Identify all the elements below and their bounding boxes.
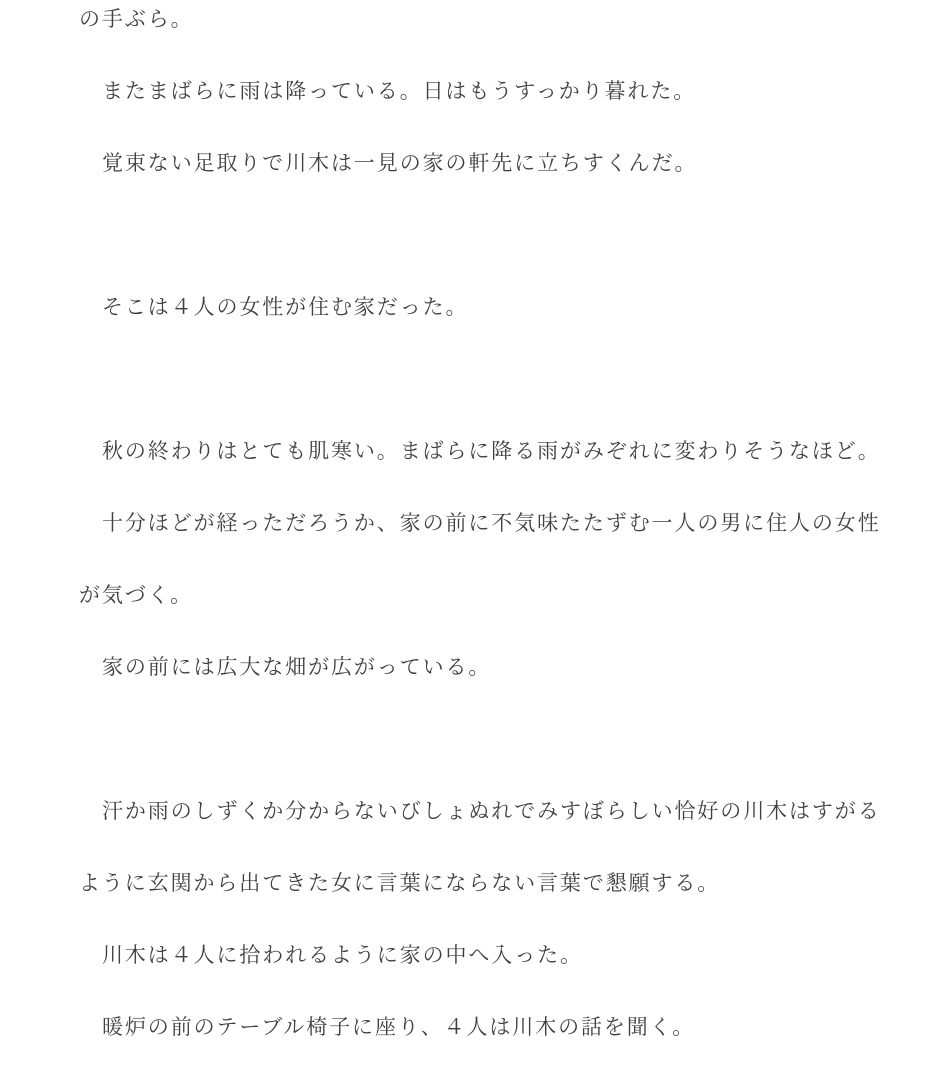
- text-line: またまばらに雨は降っている。日はもうすっかり暮れた。: [79, 54, 909, 126]
- text-line: の手ぶら。: [79, 0, 909, 54]
- blank-line: [79, 702, 909, 774]
- text-block: の手ぶら。 またまばらに雨は降っている。日はもうすっかり暮れた。 覚束ない足取り…: [79, 0, 909, 1062]
- text-line: そこは４人の女性が住む家だった。: [79, 270, 909, 342]
- text-line: 家の前には広大な畑が広がっている。: [79, 630, 909, 702]
- text-line: が気づく。: [79, 558, 909, 630]
- text-line: 汗か雨のしずくか分からないびしょぬれでみすぼらしい恰好の川木はすがる: [79, 774, 909, 846]
- text-line: 覚束ない足取りで川木は一見の家の軒先に立ちすくんだ。: [79, 126, 909, 198]
- text-line: 川木は４人に拾われるように家の中へ入った。: [79, 918, 909, 990]
- text-line: 暖炉の前のテーブル椅子に座り、４人は川木の話を聞く。: [79, 990, 909, 1062]
- text-line: ように玄関から出てきた女に言葉にならない言葉で懇願する。: [79, 846, 909, 918]
- blank-line: [79, 342, 909, 414]
- novel-text-page: の手ぶら。 またまばらに雨は降っている。日はもうすっかり暮れた。 覚束ない足取り…: [0, 0, 938, 1076]
- blank-line: [79, 198, 909, 270]
- text-line: 秋の終わりはとても肌寒い。まばらに降る雨がみぞれに変わりそうなほど。: [79, 414, 909, 486]
- text-line: 十分ほどが経っただろうか、家の前に不気味たたずむ一人の男に住人の女性: [79, 486, 909, 558]
